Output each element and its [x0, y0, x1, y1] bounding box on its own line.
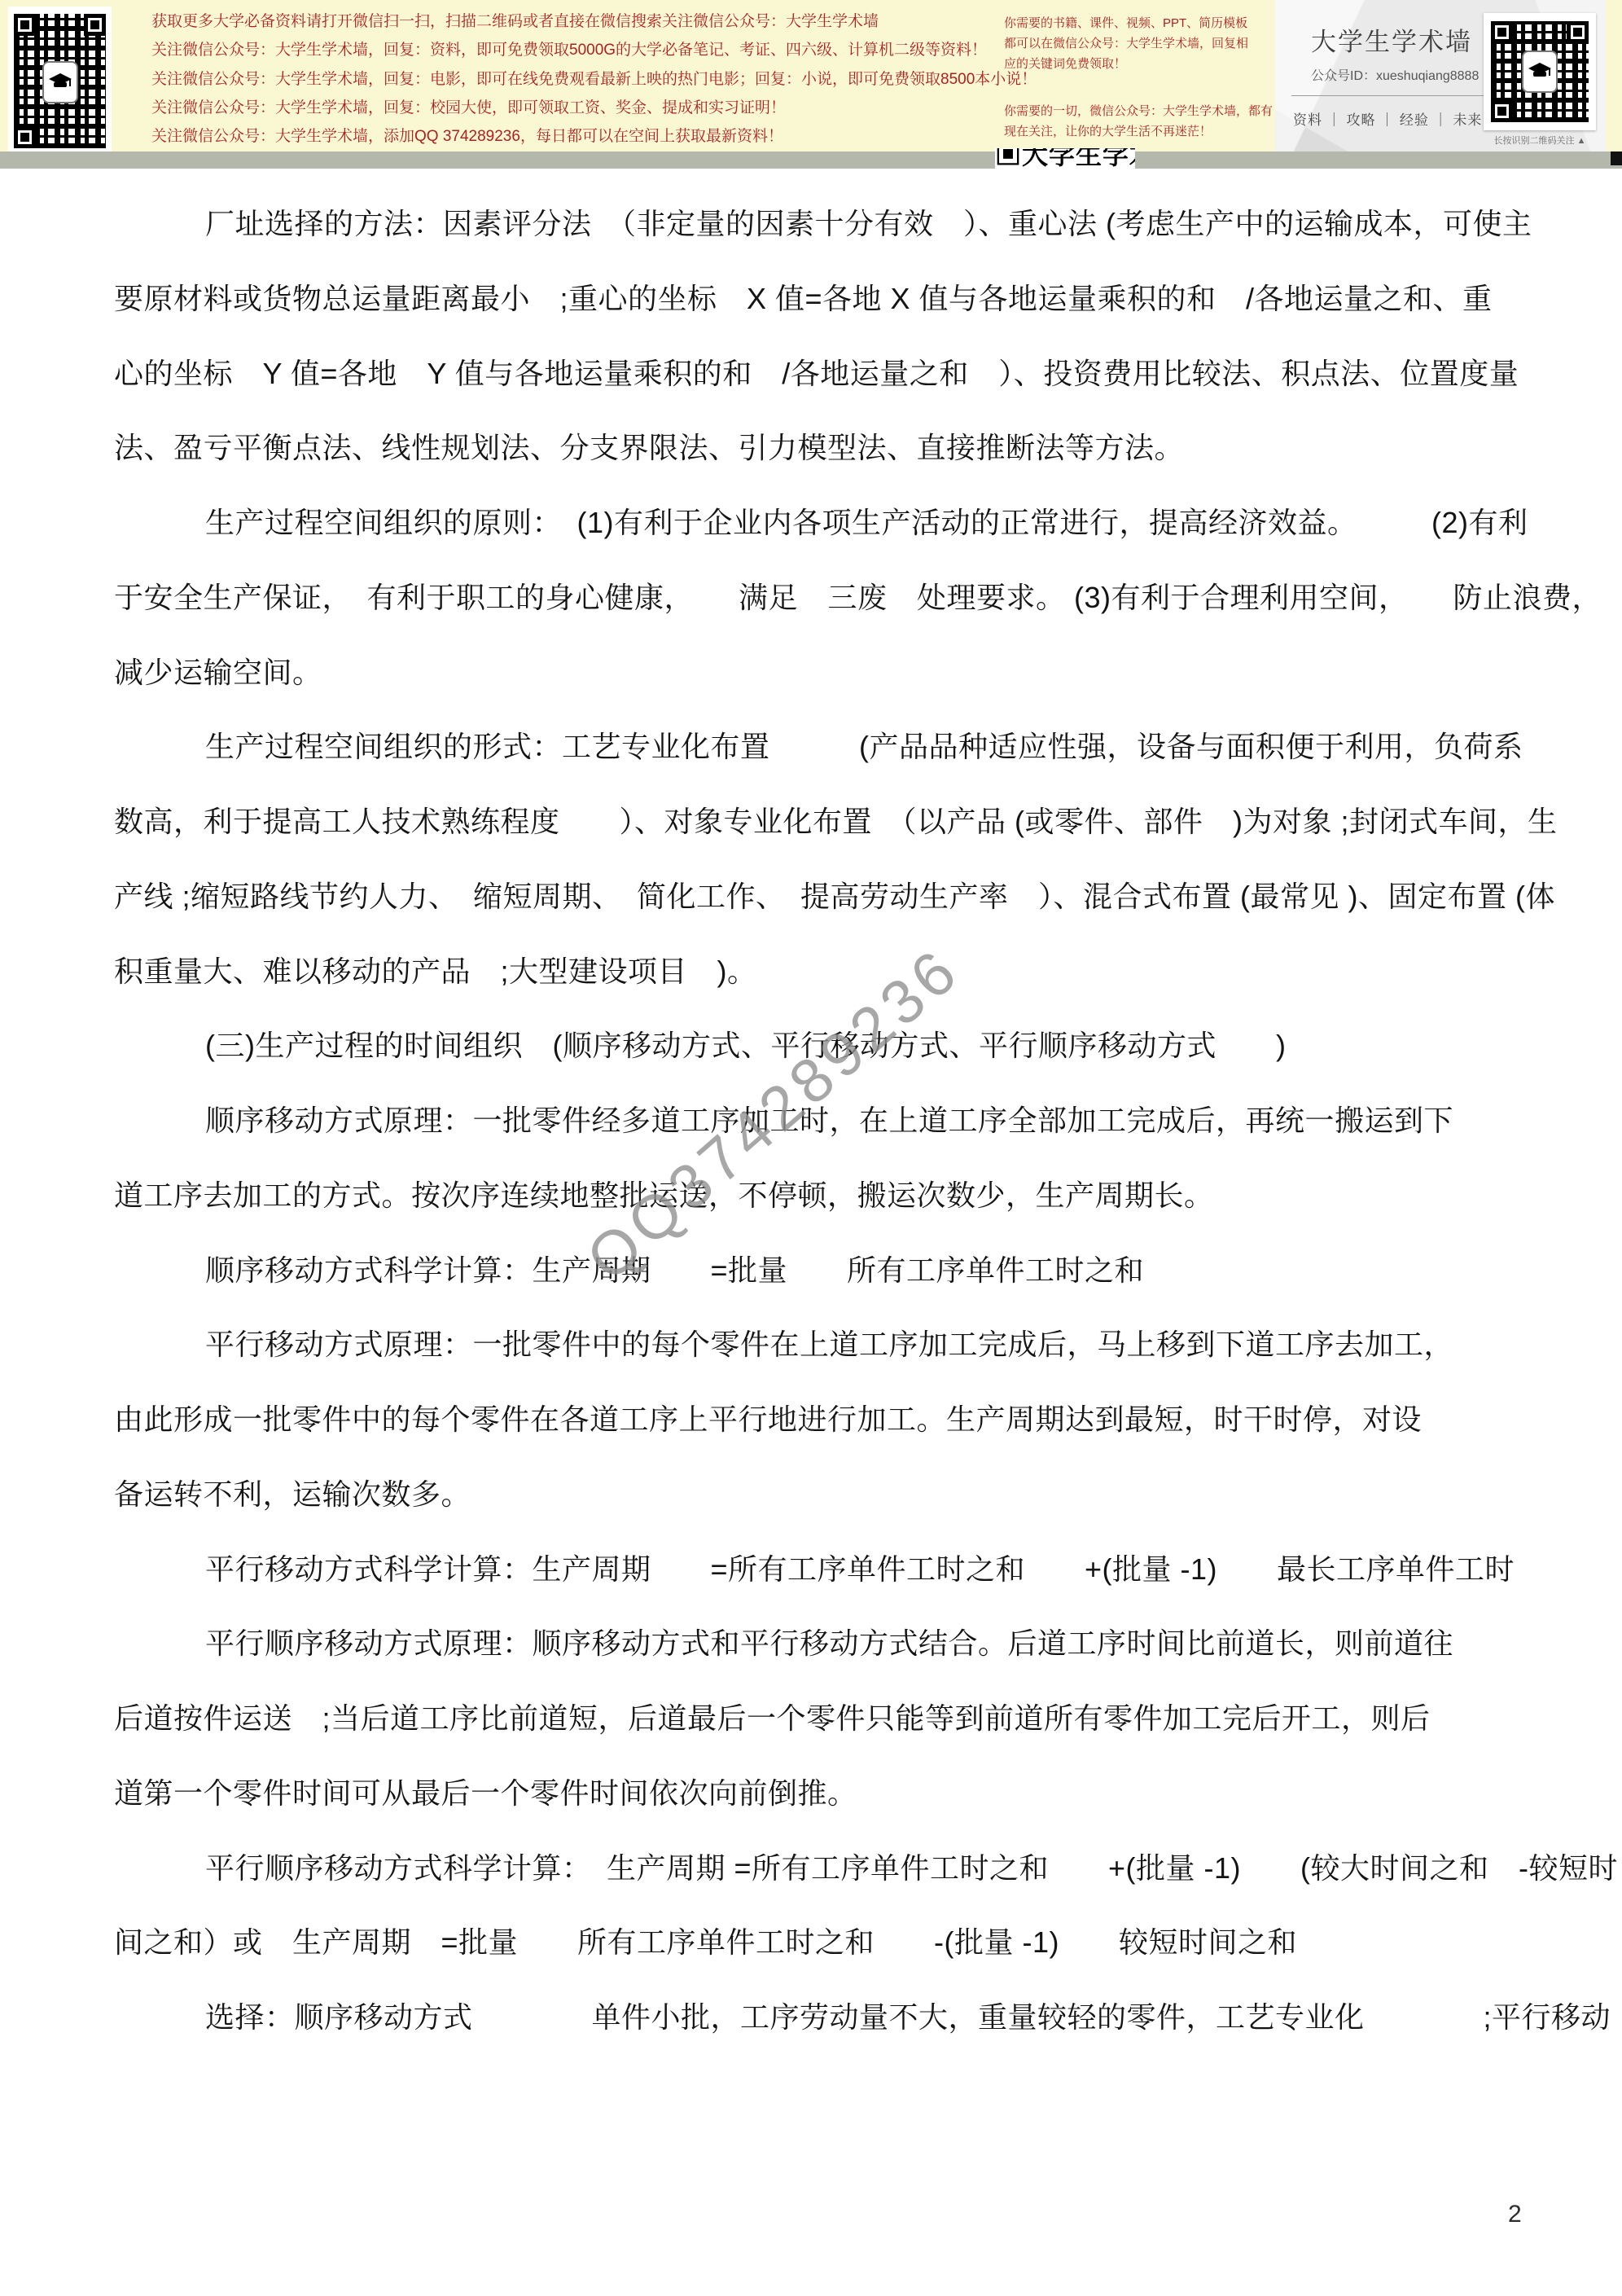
divider — [1291, 95, 1485, 96]
partial-logo-cutoff: ▣大学生学术墙! — [995, 148, 1135, 170]
qr-caption: 长按识别二维码关注 ▲ — [1474, 134, 1606, 147]
brand-title: 大学生学术墙 — [1311, 21, 1472, 58]
banner-promo-line: 获取更多大学必备资料请打开微信扫一扫，扫描二维码或者直接在微信搜索关注微信公众号… — [151, 7, 1006, 36]
doc-line: 道第一个零件时间可从最后一个零件时间依次向前倒推。 — [114, 1756, 1515, 1831]
doc-line: 要原材料或货物总运量距离最小 ;重心的坐标 X 值=各地 X 值与各地运量乘积的… — [114, 261, 1515, 336]
graduation-cap-icon — [1522, 50, 1558, 93]
doc-line: 后道按件运送 ;当后道工序比前道短，后道最后一个零件只能等到前道所有零件加工完后… — [114, 1681, 1515, 1756]
partial-logo-icon: ▣ — [995, 148, 1022, 169]
banner-promo-lines: 获取更多大学必备资料请打开微信扫一扫，扫描二维码或者直接在微信搜索关注微信公众号… — [151, 7, 1006, 151]
banner-promo-line: 关注微信公众号：大学生学术墙，回复：电影，即可在线免费观看最新上映的热门电影；回… — [151, 65, 1006, 94]
banner-promo-line: 关注微信公众号：大学生学术墙，回复：资料，即可免费领取5000G的大学必备笔记、… — [151, 36, 1006, 64]
doc-line: 顺序移动方式科学计算：生产周期 =批量 所有工序单件工时之和 — [114, 1233, 1515, 1308]
doc-line: 平行顺序移动方式科学计算： 生产周期 =所有工序单件工时之和 +(批量 -1) … — [114, 1831, 1515, 1906]
promo-banner: 获取更多大学必备资料请打开微信扫一扫，扫描二维码或者直接在微信搜索关注微信公众号… — [0, 0, 1622, 151]
screenshot-root: 获取更多大学必备资料请打开微信扫一扫，扫描二维码或者直接在微信搜索关注微信公众号… — [0, 0, 1622, 2296]
brand-tags: 资料 ｜ 攻略 ｜ 经验 ｜ 未来 — [1293, 108, 1482, 129]
doc-line: 平行移动方式科学计算：生产周期 =所有工序单件工时之和 +(批量 -1) 最长工… — [114, 1532, 1515, 1607]
qr-finder-icon — [1567, 21, 1589, 43]
right-qr-code — [1484, 13, 1596, 130]
doc-line: 生产过程空间组织的形式：工艺专业化布置 (产品品种适应性强，设备与面积便于利用，… — [114, 709, 1515, 784]
doc-line: 法、盈亏平衡点法、线性规划法、分支界限法、引力模型法、直接推断法等方法。 — [114, 410, 1515, 485]
doc-line: 数高，利于提高工人技术熟练程度 ）、对象专业化布置 （以产品 (或零件、部件 )… — [114, 784, 1515, 859]
doc-line: 积重量大、难以移动的产品 ;大型建设项目 )。 — [114, 934, 1515, 1009]
page-number: 2 — [1508, 2201, 1522, 2228]
doc-line: 产线 ;缩短路线节约人力、 缩短周期、 简化工作、 提高劳动生产率 ）、混合式布… — [114, 859, 1515, 934]
document-page: 厂址选择的方法：因素评分法 （非定量的因素十分有效 ）、重心法 (考虑生产中的运… — [0, 169, 1622, 2296]
banner-mid-bottom-text: 你需要的一切，微信公众号：大学生学术墙，都有！现在关注，让你的大学生活不再迷茫！ — [1004, 101, 1286, 142]
banner-mid-top-text: 你需要的书籍、课件、视频、PPT、简历模板都可以在微信公众号：大学生学术墙，回复… — [1004, 13, 1278, 74]
banner-mid-line: 现在关注，让你的大学生活不再迷茫！ — [1004, 121, 1286, 142]
doc-line: 备运转不利，运输次数多。 — [114, 1457, 1515, 1532]
qr-finder-icon — [14, 14, 36, 36]
banner-mid-line: 你需要的书籍、课件、视频、PPT、简历模板 — [1004, 13, 1278, 33]
doc-line: 于安全生产保证， 有利于职工的身心健康， 满足 三废 处理要求。 (3)有利于合… — [114, 560, 1515, 635]
graduation-cap-icon — [42, 61, 78, 103]
scan-artifact — [1611, 151, 1622, 165]
doc-line: 心的坐标 Y 值=各地 Y 值与各地运量乘积的和 /各地运量之和 ）、投资费用比… — [114, 336, 1515, 411]
doc-line: 选择：顺序移动方式 单件小批，工序劳动量不大，重量较轻的零件，工艺专业化 ;平行… — [114, 1980, 1515, 2055]
banner-mid-line: 都可以在微信公众号：大学生学术墙，回复相 — [1004, 33, 1278, 54]
qr-finder-icon — [1491, 21, 1513, 43]
banner-promo-line: 关注微信公众号：大学生学术墙，添加QQ 374289236，每日都可以在空间上获… — [151, 122, 1006, 151]
qr-finder-icon — [14, 126, 36, 148]
banner-mid-line: 应的关键词免费领取！ — [1004, 54, 1278, 74]
brand-account-id: 公众号ID：xueshuqiang8888 — [1311, 65, 1479, 84]
doc-line: 平行顺序移动方式原理：顺序移动方式和平行移动方式结合。后道工序时间比前道长，则前… — [114, 1606, 1515, 1681]
desk-background-strip — [0, 151, 1622, 169]
doc-line: 减少运输空间。 — [114, 635, 1515, 710]
doc-line: 由此形成一批零件中的每个零件在各道工序上平行地进行加工。生产周期达到最短，时干时… — [114, 1382, 1515, 1457]
qr-finder-icon — [84, 14, 106, 36]
brand-panel: 大学生学术墙 公众号ID：xueshuqiang8888 资料 ｜ 攻略 ｜ 经… — [1275, 0, 1606, 151]
doc-line: 厂址选择的方法：因素评分法 （非定量的因素十分有效 ）、重心法 (考虑生产中的运… — [114, 187, 1515, 261]
qr-finder-icon — [1491, 100, 1513, 122]
doc-line: 平行移动方式原理：一批零件中的每个零件在上道工序加工完成后，马上移到下道工序去加… — [114, 1307, 1515, 1382]
doc-line: 道工序去加工的方式。按次序连续地整批运送，不停顿，搬运次数少，生产周期长。 — [114, 1158, 1515, 1233]
doc-line: 间之和）或 生产周期 =批量 所有工序单件工时之和 -(批量 -1) 较短时间之… — [114, 1905, 1515, 1980]
partial-logo-text: ▣大学生学术墙! — [995, 148, 1135, 170]
banner-promo-line: 关注微信公众号：大学生学术墙，回复：校园大使，即可领取工资、奖金、提成和实习证明… — [151, 94, 1006, 122]
banner-mid-line: 你需要的一切，微信公众号：大学生学术墙，都有！ — [1004, 101, 1286, 121]
left-qr-code — [8, 7, 112, 158]
doc-line: 生产过程空间组织的原则： (1)有利于企业内各项生产活动的正常进行，提高经济效益… — [114, 485, 1515, 560]
